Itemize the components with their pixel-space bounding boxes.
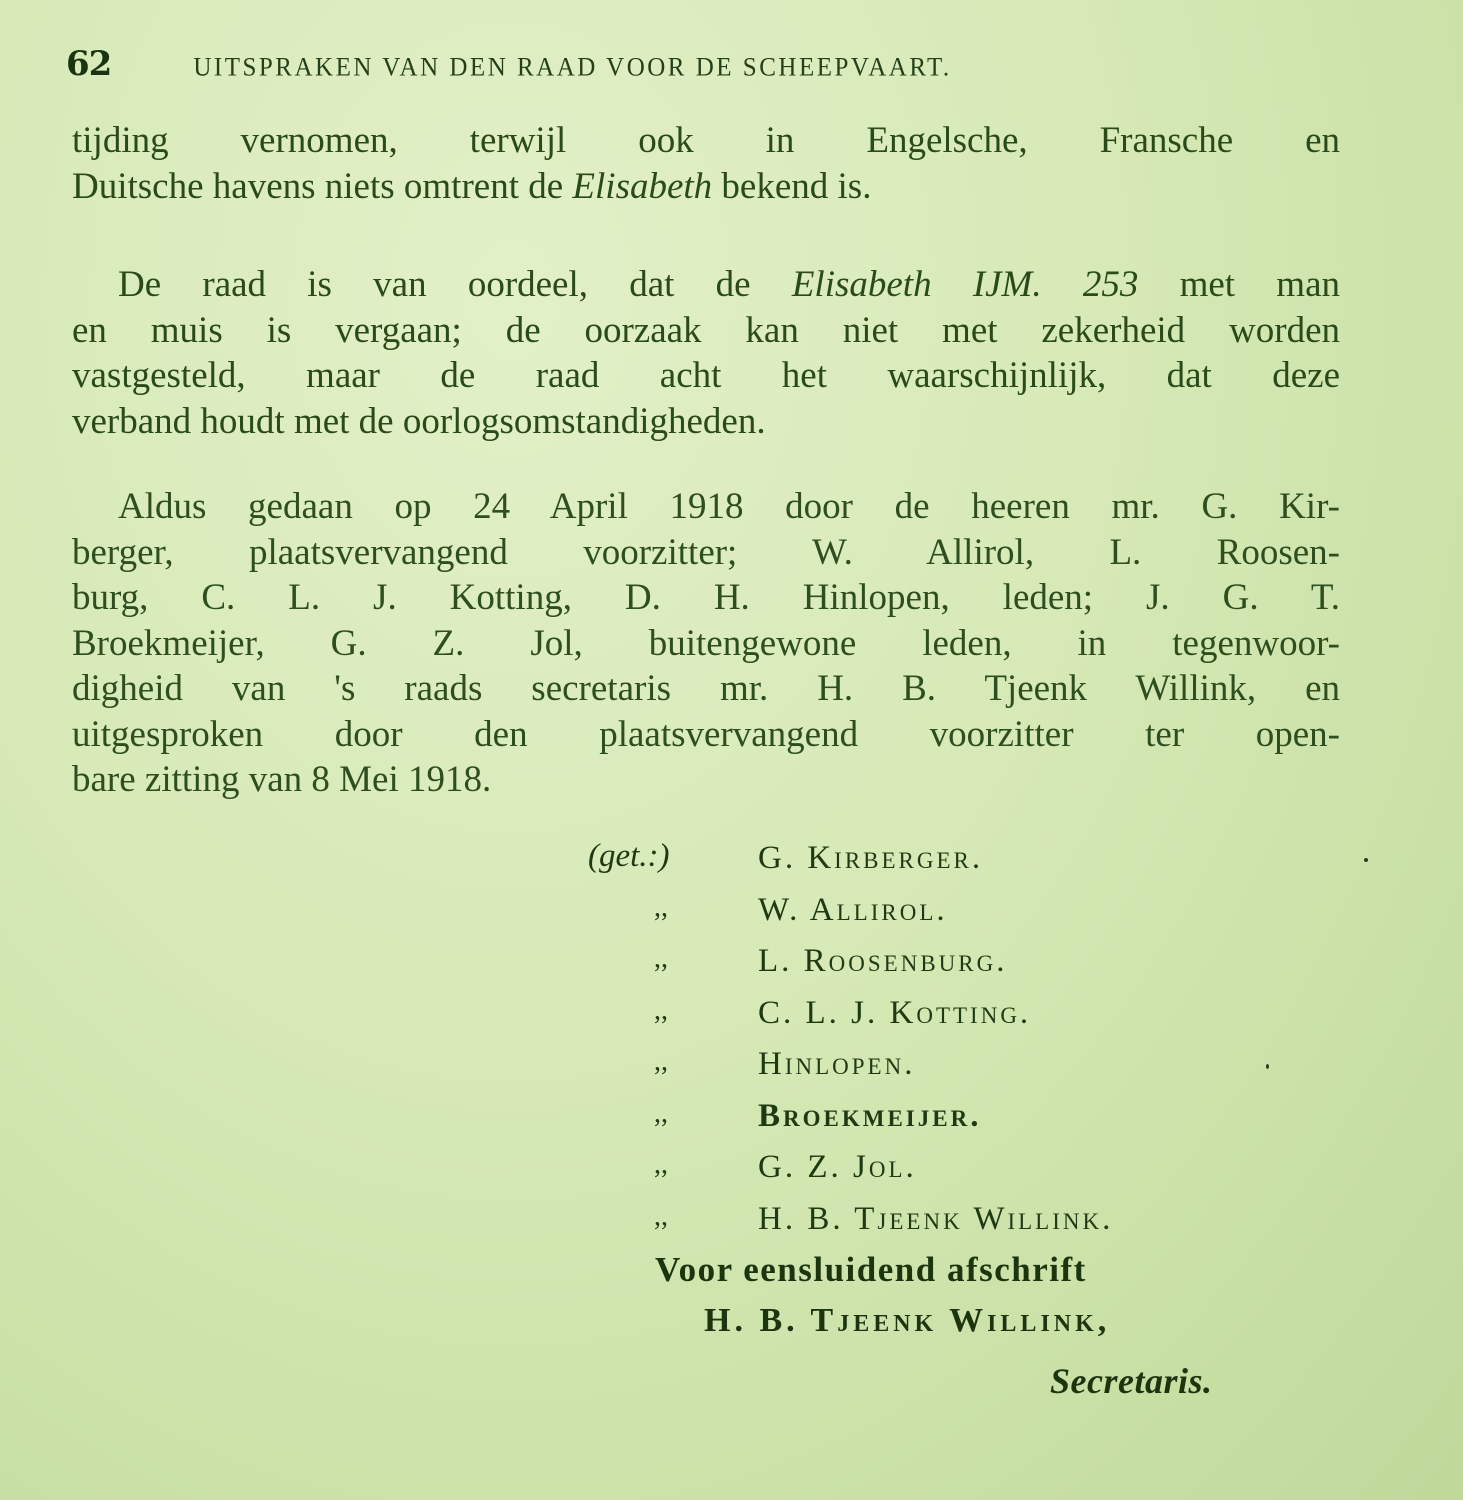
page-number: 62	[66, 44, 111, 84]
text-line: Broekmeijer, G. Z. Jol, buitengewone led…	[72, 621, 1340, 667]
text-line: Duitsche havens niets omtrent de Elisabe…	[72, 164, 1340, 210]
signatory-name: Broekmeijer.	[758, 1098, 981, 1135]
ship-name: Elisabeth IJM. 253	[792, 264, 1139, 305]
text-line: digheid van 's raads secretaris mr. H. B…	[72, 666, 1340, 712]
signatory-name: W. Allirol.	[758, 892, 948, 929]
text-line: vastgesteld, maar de raad acht het waars…	[72, 353, 1340, 399]
ditto-mark: ,,	[654, 1201, 668, 1233]
text-span: Duitsche havens niets omtrent de	[72, 166, 572, 207]
text-span: met man	[1138, 264, 1340, 305]
text-span: bekend is.	[712, 166, 871, 207]
ditto-mark: ,,	[654, 1098, 668, 1130]
signatory-name: C. L. J. Kotting.	[758, 995, 1031, 1032]
attestation-line: Voor eensluidend afschrift	[655, 1250, 1087, 1290]
signed-prefix: (get.:)	[588, 838, 738, 875]
text-line: bare zitting van 8 Mei 1918.	[72, 757, 1340, 803]
ditto-mark: ,,	[654, 995, 668, 1027]
text-line: Aldus gedaan op 24 April 1918 door de he…	[72, 484, 1340, 530]
text-line: en muis is vergaan; de oorzaak kan niet …	[72, 308, 1340, 354]
signature-row: ,, W. Allirol.	[588, 884, 1308, 936]
signature-row: ,, Broekmeijer.	[588, 1090, 1308, 1142]
paragraph-verdict: De raad is van oordeel, dat de Elisabeth…	[72, 262, 1340, 444]
signatory-name: H. B. Tjeenk Willink.	[758, 1201, 1113, 1238]
ditto-mark: ,,	[654, 1149, 668, 1181]
text-line: verband houdt met de oorlogsomstandighed…	[72, 399, 1340, 445]
signature-row: ,, C. L. J. Kotting.	[588, 987, 1308, 1039]
text-line: uitgesproken door den plaatsvervangend v…	[72, 712, 1340, 758]
signatory-name: G. Z. Jol.	[758, 1149, 917, 1186]
text-span: De raad is van oordeel, dat de	[118, 264, 792, 305]
text-line: De raad is van oordeel, dat de Elisabeth…	[72, 262, 1340, 308]
signatory-name: G. Kirberger.	[758, 840, 983, 877]
signature-row: ,, G. Z. Jol.	[588, 1141, 1308, 1193]
text-line: tijding vernomen, terwijl ook in Engelsc…	[72, 118, 1340, 164]
document-page: 62 UITSPRAKEN VAN DEN RAAD VOOR DE SCHEE…	[0, 0, 1463, 1500]
paragraph-enactment: Aldus gedaan op 24 April 1918 door de he…	[72, 484, 1340, 803]
ditto-mark: ,,	[654, 892, 668, 924]
signature-row: ,, L. Roosenburg.	[588, 935, 1308, 987]
signatory-name: L. Roosenburg.	[758, 943, 1008, 980]
attestation-title: Secretaris.	[1050, 1360, 1213, 1402]
signatory-name: Hinlopen.	[758, 1046, 915, 1083]
paragraph-continuation: tijding vernomen, terwijl ook in Engelsc…	[72, 118, 1340, 209]
text-line: berger, plaatsvervangend voorzitter; W. …	[72, 530, 1340, 576]
signature-row: (get.:) G. Kirberger.	[588, 832, 1308, 884]
ditto-mark: ,,	[654, 1046, 668, 1078]
attestation-name: H. B. Tjeenk Willink,	[704, 1302, 1110, 1340]
paper-speck	[1266, 1064, 1269, 1069]
running-title: UITSPRAKEN VAN DEN RAAD VOOR DE SCHEEPVA…	[193, 53, 951, 82]
text-line: burg, C. L. J. Kotting, D. H. Hinlopen, …	[72, 575, 1340, 621]
signature-row: ,, H. B. Tjeenk Willink.	[588, 1193, 1308, 1245]
ship-name: Elisabeth	[572, 166, 712, 207]
paper-speck	[1364, 858, 1368, 862]
signature-row: ,, Hinlopen.	[588, 1038, 1308, 1090]
signature-list: (get.:) G. Kirberger. ,, W. Allirol. ,, …	[588, 832, 1308, 1244]
ditto-mark: ,,	[654, 943, 668, 975]
page-header: 62 UITSPRAKEN VAN DEN RAAD VOOR DE SCHEE…	[66, 44, 1266, 84]
